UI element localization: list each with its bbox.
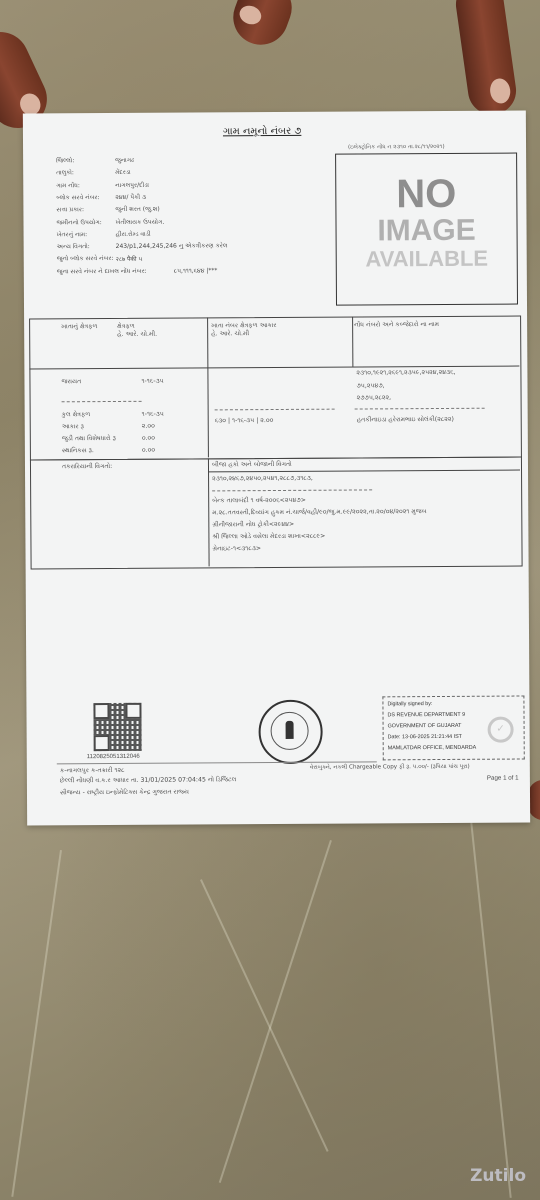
- qr-code: [93, 703, 141, 751]
- field-label: જિલ્લો:: [56, 157, 74, 165]
- other-rights-line: શ્રી જિલ્લા ઓડે વસેલા મેદરડા શાખા<૨૮૮૯>: [212, 533, 325, 542]
- other-rights-line: ગ્રેનાઇટ-૧<૩૧૮૩>: [212, 545, 261, 553]
- area-row-label: સ્થાનિકસ રૂ.: [62, 447, 94, 455]
- field-label: સત્તા પ્રકાર:: [56, 206, 84, 214]
- entry-numbers: ૨૭૭૫,૨૮૨૨,: [357, 394, 392, 402]
- field-value: જુની શરત (જુ.શ): [115, 206, 159, 214]
- image-text: IMAGE: [336, 214, 516, 249]
- col-header-area: ખાતાનું ક્ષેત્રફળ: [61, 323, 97, 331]
- owner-name: હતકીનાઇડા હરેરામભાઇ સોલંકી(૨૮૨૨): [357, 416, 454, 425]
- area-row-label: જુડી તથા વિશેષધારો રૂ: [62, 435, 116, 443]
- field-label: બ્લોક સરવે નંબર:: [56, 194, 99, 202]
- footer-line: છેલ્લી નોંધણી વ.ક.ર આધાર તા. 31/01/2025 …: [60, 776, 236, 785]
- floor-texture: [470, 820, 512, 1198]
- field-label: ખેતરનું નામ:: [57, 231, 88, 239]
- footer-line: ક-નાગલપુર ક-તક્રારી ૧૨૮: [60, 767, 125, 775]
- verified-check-icon: ✓: [488, 717, 514, 743]
- available-text: AVAILABLE: [337, 246, 517, 273]
- watermark: Zutilo: [470, 1166, 526, 1186]
- floor-texture: [219, 840, 332, 1183]
- signature-line: DS REVENUE DEPARTMENT 9: [387, 712, 465, 718]
- entry-numbers: ૨૩૧૦,૧૯૨૧,૨૬૯૧,૨૩૫૯,૨૫૨૪,૨૪૩૬,: [356, 369, 455, 378]
- other-rights-line: બેન્ક તાલાબંદી ૧ વર્ષ-૨૦૦૬<૨૫૪૭>: [212, 497, 306, 506]
- col-header-size: ક્ષેત્રફળ હે. આરે. ચો.મી.: [117, 323, 157, 339]
- other-rights-line: ગ્રીનીજારાની નોધ ટ્રોકી<૨૯૪૪>: [212, 521, 294, 529]
- field-value: ૮૫,૧૧૧,૬૪૪ |***: [174, 267, 218, 275]
- field-value: હીરા.રોમ્ડ વાડી: [116, 231, 151, 239]
- floor-texture: [11, 850, 62, 1197]
- floor-texture: [200, 879, 329, 1152]
- other-rights-numbers: ૨૩૧૦,૨૪૬૭,૨૪૫૦,૨૫૪૧,૨૮૮૭,૩૧૮૩,: [212, 475, 313, 484]
- field-label: જુના સરવે નંબર ને દાખલ નોંધ નંબર:: [57, 267, 147, 276]
- area-row-value: ૦.૦૦: [142, 435, 155, 443]
- document-title: ગામ નમૂનો નંબર ૭: [223, 126, 301, 137]
- field-label: તાલુકો:: [56, 170, 74, 178]
- reference-note: (ઇલેક્ટ્રોનિક નોંધ ન ૨૩૧૦ તા.૨૮/૧૧/૨૦૨૧): [348, 144, 445, 152]
- signature-line: GOVERNMENT OF GUJARAT: [388, 723, 462, 729]
- signature-line: MAMLATDAR OFFICE, MENDARDA: [388, 745, 477, 752]
- copy-fee: વેરાબુક્ને, નકલી Chargeable Copy ફી રૂ. …: [310, 764, 470, 772]
- other-rights-label: બીજા હકો અને બોજાની વિગતો: [212, 461, 292, 469]
- field-value: નાગલપુર/દીડા: [115, 181, 149, 189]
- other-rights-line: મ.૨૮.તતવસ્તી,દિવ્યાંગ હુકમ નં.ચાર્જ/વહી/…: [212, 508, 426, 517]
- no-image-text: NO: [336, 172, 516, 218]
- finger-right: [453, 0, 519, 118]
- field-value: મેંદરડા: [115, 169, 131, 177]
- finger-top: [226, 0, 300, 52]
- area-row-value: ૧-૧૬-૩૫: [142, 411, 164, 419]
- field-value: 243/p1,244,245,246 નુ એકત્રીકરણ કરેલ: [116, 242, 228, 251]
- col-header-owners: નોંધ નંબરો અને કબ્જેદારો ના નામ: [354, 321, 439, 330]
- area-row-label: જરાયત: [61, 378, 81, 386]
- remarks-label: તકરારિયાની વિગતો:: [62, 463, 112, 471]
- area-rows: જરાયત૧-૧૬-૩૫કુલ ક્ષેત્રફળ૧-૧૬-૩૫આકાર રૂ૨…: [23, 110, 526, 113]
- signature-line: Digitally signed by:: [387, 701, 432, 707]
- mamlatdar-office-seal: [258, 700, 322, 764]
- entry-numbers: ૭૫,૨૫૪૭,: [356, 382, 384, 390]
- field-value: જુનાગઢ: [115, 157, 134, 165]
- field-label: ગામ નોંધ:: [56, 182, 80, 190]
- col-header-khata: ખાતા નંબર ક્ષેત્રફળ આકાર હે. આરે. ચો.મી: [211, 322, 277, 338]
- area-row-value: ૨.૦૦: [142, 423, 155, 431]
- photo-placeholder: NO IMAGE AVAILABLE: [335, 153, 518, 306]
- qr-number: 1120825051312046: [87, 754, 140, 760]
- field-label: જમીનનો ઉપયોગ:: [56, 219, 101, 227]
- field-value: ૨૪૪/ પૈકી ૩: [115, 194, 146, 202]
- area-row-label: આકાર રૂ: [62, 423, 84, 431]
- area-row-value: ૧-૧૬-૩૫: [141, 378, 163, 386]
- emblem-icon: [286, 721, 294, 739]
- signature-line: Date: 13-06-2025 21:21:44 IST: [388, 734, 462, 740]
- record-fields: જિલ્લો:જુનાગઢતાલુકો:મેંદરડાગામ નોંધ:નાગલ…: [23, 110, 526, 113]
- field-label: જુનો બ્લોક સરવે નંબર:: [57, 255, 114, 263]
- area-row-value: ૦.૦૦: [142, 447, 155, 455]
- khata-entry: ૬૩૦ | ૧-૧૬-૩૫ | ૨.૦૦: [215, 417, 274, 425]
- footer-line: સૌજન્ય - રાષ્ટ્રીય ઇન્ફોમેટિક્સ કેન્દ્ર …: [60, 789, 189, 798]
- field-value: ખેતીલાયક ઉપયોગ.: [115, 218, 164, 226]
- field-label: અન્ય વિગતો:: [57, 243, 90, 251]
- page-number: Page 1 of 1: [487, 775, 519, 782]
- land-record-paper: ગામ નમૂનો નંબર ૭ (ઇલેક્ટ્રોનિક નોંધ ન ૨૩…: [23, 110, 530, 825]
- digital-signature-box: Digitally signed by: DS REVENUE DEPARTME…: [382, 695, 524, 760]
- area-row-label: કુલ ક્ષેત્રફળ: [62, 411, 91, 419]
- other-rights-lines: બેન્ક તાલાબંદી ૧ વર્ષ-૨૦૦૬<૨૫૪૭>મ.૨૮.તતવ…: [23, 110, 526, 113]
- field-value: २८७ पैकी ૫: [116, 255, 143, 264]
